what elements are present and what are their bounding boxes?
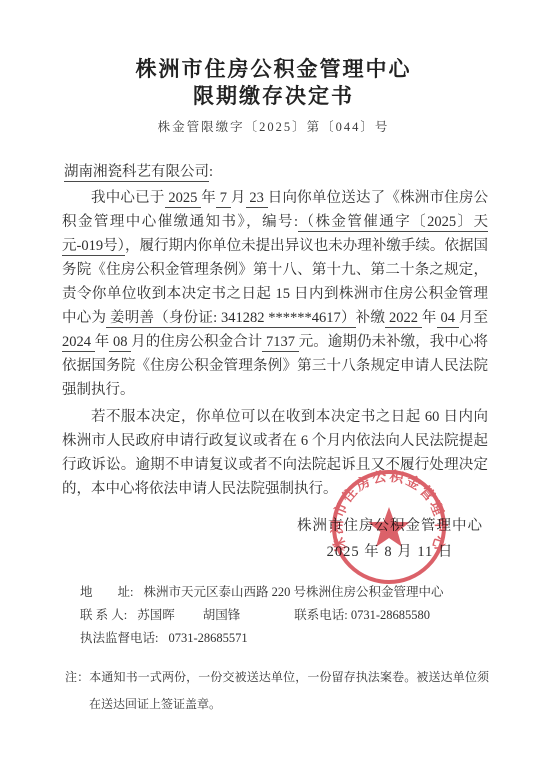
phone-group: 联系电话: 0731-28685580 [294, 604, 430, 627]
paragraph-2: 若不服本决定，你单位可以在收到本决定书之日起 60 日内向株洲市人民政府申请行政… [62, 405, 488, 501]
supervision-value: 0731-28685571 [168, 627, 247, 650]
p1-seg-underlined: 7 [216, 190, 231, 208]
signature-org: 株洲市住房公积金管理中心 [297, 513, 483, 539]
person-label: 联 系 人: [80, 604, 127, 627]
contact-persons-row: 联 系 人: 苏国晖 胡国锋 联系电话: 0731-28685580 [80, 604, 489, 627]
signature-block: 株洲市住房公积金管理中心 2025 年 8 月 11 日 株洲市住房公积金管理中… [297, 513, 483, 565]
p1-seg: 补缴 [356, 310, 385, 326]
p1-seg-underlined: 04 [437, 310, 459, 328]
p1-seg-underlined: 2022 [385, 310, 422, 328]
phone-label: 联系电话: [294, 608, 347, 622]
contact-address-row: 地 址: 株洲市天元区泰山西路 220 号株洲住房公积金管理中心 [80, 581, 489, 604]
addressee-line: 湖南湘瓷科艺有限公司: [64, 161, 487, 183]
contact-block: 地 址: 株洲市天元区泰山西路 220 号株洲住房公积金管理中心 联 系 人: … [80, 581, 489, 650]
p1-seg: 年 [201, 190, 216, 206]
person-1: 苏国晖 [137, 604, 175, 627]
p1-seg-underlined: 2025 [165, 190, 202, 208]
p1-seg: 月 [231, 190, 246, 206]
p1-seg-underlined: 姜明善（身份证: 341282 ******4617） [106, 310, 356, 328]
supervision-row: 执法监督电话: 0731-28685571 [80, 627, 489, 650]
addressee-name: 湖南湘瓷科艺有限公司 [64, 164, 209, 182]
p1-seg: 我中心已于 [91, 190, 165, 206]
footnote-text: 注：本通知书一式两份，一份交被送达单位，一份留存执法案卷。被送达单位须在送达回证… [65, 670, 489, 711]
footnote: 注：本通知书一式两份，一份交被送达单位，一份留存执法案卷。被送达单位须在送达回证… [65, 664, 489, 718]
document-header: 株洲市住房公积金管理中心 限期缴存决定书 株金管限缴字〔2025〕第〔044〕号 [0, 0, 547, 135]
p1-seg-underlined: 7137 [262, 334, 298, 352]
document-title-line2: 限期缴存决定书 [0, 83, 547, 110]
signature-date: 2025 年 8 月 11 日 [297, 539, 483, 565]
document-title-line1: 株洲市住房公积金管理中心 [0, 56, 547, 83]
p1-seg-underlined: 2024 [62, 334, 95, 352]
p1-seg: 年 [95, 334, 110, 350]
p1-seg-underlined: 08 [109, 334, 131, 352]
phone-value: 0731-28685580 [351, 608, 430, 622]
document-page: 株洲市住房公积金管理中心 限期缴存决定书 株金管限缴字〔2025〕第〔044〕号… [0, 0, 547, 779]
addressee-colon: : [209, 164, 213, 180]
supervision-label: 执法监督电话: [80, 627, 158, 650]
p1-seg: 月至 [459, 310, 488, 326]
person-2: 胡国锋 [203, 604, 241, 627]
address-value: 株洲市天元区泰山西路 220 号株洲住房公积金管理中心 [143, 581, 443, 604]
p1-seg: 月的住房公积金合计 [131, 334, 262, 350]
document-number: 株金管限缴字〔2025〕第〔044〕号 [0, 117, 547, 135]
p1-seg-underlined: 23 [246, 190, 268, 208]
paragraph-1: 我中心已于 2025 年 7 月 23 日向你单位送达了《株洲市住房公积金管理中… [62, 186, 488, 402]
p2-text: 若不服本决定，你单位可以在收到本决定书之日起 60 日内向株洲市人民政府申请行政… [62, 409, 488, 497]
p1-seg: 年 [422, 310, 437, 326]
address-label: 地 址: [80, 581, 133, 604]
